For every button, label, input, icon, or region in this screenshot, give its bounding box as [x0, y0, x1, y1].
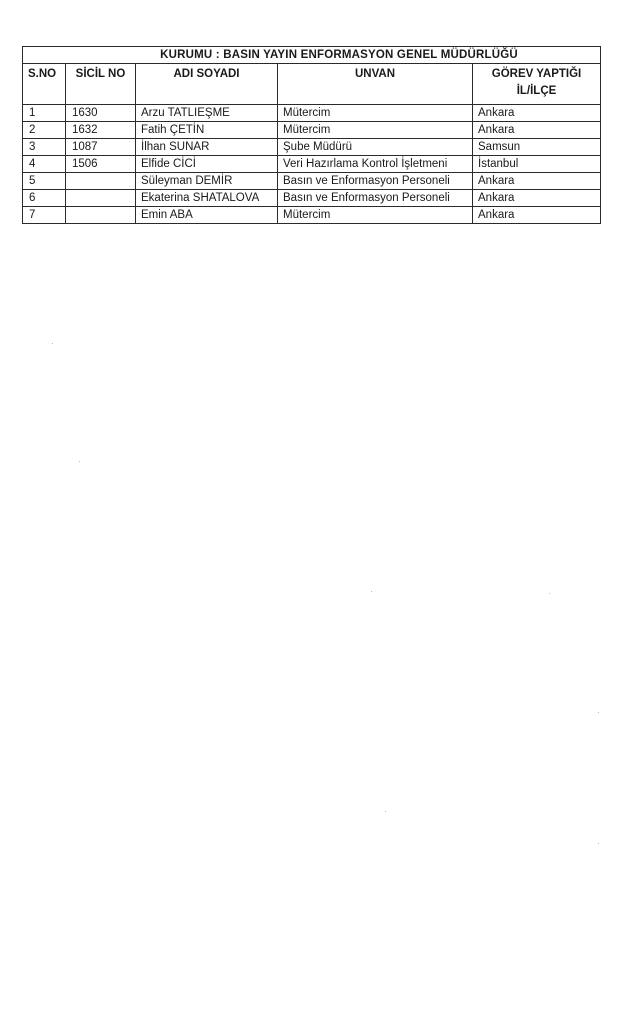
cell-sno: 2	[23, 122, 66, 139]
cell-sicil-no	[66, 207, 136, 224]
cell-sicil-no: 1506	[66, 156, 136, 173]
cell-adi-soyadi: İlhan SUNAR	[136, 139, 278, 156]
cell-adi-soyadi: Fatih ÇETİN	[136, 122, 278, 139]
cell-unvan: Basın ve Enformasyon Personeli	[278, 190, 473, 207]
table-row: 41506Elfide CİCİVeri Hazırlama Kontrol İ…	[23, 156, 601, 173]
cell-adi-soyadi: Arzu TATLIEŞME	[136, 105, 278, 122]
cell-unvan: Şube Müdürü	[278, 139, 473, 156]
table-row: 6Ekaterina SHATALOVABasın ve Enformasyon…	[23, 190, 601, 207]
cell-unvan: Mütercim	[278, 122, 473, 139]
cell-sicil-no: 1632	[66, 122, 136, 139]
personnel-table: KURUMU : BASIN YAYIN ENFORMASYON GENEL M…	[22, 46, 601, 224]
scan-speck	[371, 591, 372, 592]
cell-sno: 3	[23, 139, 66, 156]
cell-sno: 5	[23, 173, 66, 190]
table-row: 7Emin ABAMütercimAnkara	[23, 207, 601, 224]
table-row: 31087İlhan SUNARŞube MüdürüSamsun	[23, 139, 601, 156]
table-body: 11630Arzu TATLIEŞMEMütercimAnkara21632Fa…	[23, 105, 601, 224]
header-sicil-no: SİCİL NO	[66, 64, 136, 105]
cell-gorev-yeri: Samsun	[473, 139, 601, 156]
cell-gorev-yeri: İstanbul	[473, 156, 601, 173]
cell-adi-soyadi: Süleyman DEMİR	[136, 173, 278, 190]
scan-speck	[79, 461, 80, 462]
header-gorev-yeri: GÖREV YAPTIĞI İL/İLÇE	[473, 64, 601, 105]
table-title-row: KURUMU : BASIN YAYIN ENFORMASYON GENEL M…	[23, 47, 601, 64]
scan-speck	[52, 343, 53, 344]
header-sno: S.NO	[23, 64, 66, 105]
cell-sicil-no: 1087	[66, 139, 136, 156]
institution-title: KURUMU : BASIN YAYIN ENFORMASYON GENEL M…	[23, 47, 601, 64]
cell-gorev-yeri: Ankara	[473, 207, 601, 224]
header-adi-soyadi: ADI SOYADI	[136, 64, 278, 105]
cell-unvan: Veri Hazırlama Kontrol İşletmeni	[278, 156, 473, 173]
cell-unvan: Basın ve Enformasyon Personeli	[278, 173, 473, 190]
header-gorev-line1: GÖREV YAPTIĞI	[492, 68, 581, 80]
scan-speck	[385, 811, 386, 812]
header-unvan: UNVAN	[278, 64, 473, 105]
cell-sno: 4	[23, 156, 66, 173]
cell-unvan: Mütercim	[278, 207, 473, 224]
scan-speck	[598, 712, 599, 713]
cell-sicil-no: 1630	[66, 105, 136, 122]
scan-speck	[598, 843, 599, 844]
cell-sicil-no	[66, 173, 136, 190]
cell-gorev-yeri: Ankara	[473, 173, 601, 190]
table-row: 21632Fatih ÇETİNMütercimAnkara	[23, 122, 601, 139]
cell-unvan: Mütercim	[278, 105, 473, 122]
cell-gorev-yeri: Ankara	[473, 105, 601, 122]
cell-sicil-no	[66, 190, 136, 207]
table-header-row: S.NO SİCİL NO ADI SOYADI UNVAN GÖREV YAP…	[23, 64, 601, 105]
scan-speck	[549, 593, 550, 594]
table-row: 11630Arzu TATLIEŞMEMütercimAnkara	[23, 105, 601, 122]
header-gorev-line2: İL/İLÇE	[517, 85, 557, 97]
cell-sno: 7	[23, 207, 66, 224]
cell-adi-soyadi: Emin ABA	[136, 207, 278, 224]
cell-sno: 1	[23, 105, 66, 122]
table-row: 5Süleyman DEMİRBasın ve Enformasyon Pers…	[23, 173, 601, 190]
cell-gorev-yeri: Ankara	[473, 122, 601, 139]
cell-adi-soyadi: Elfide CİCİ	[136, 156, 278, 173]
cell-gorev-yeri: Ankara	[473, 190, 601, 207]
cell-adi-soyadi: Ekaterina SHATALOVA	[136, 190, 278, 207]
cell-sno: 6	[23, 190, 66, 207]
